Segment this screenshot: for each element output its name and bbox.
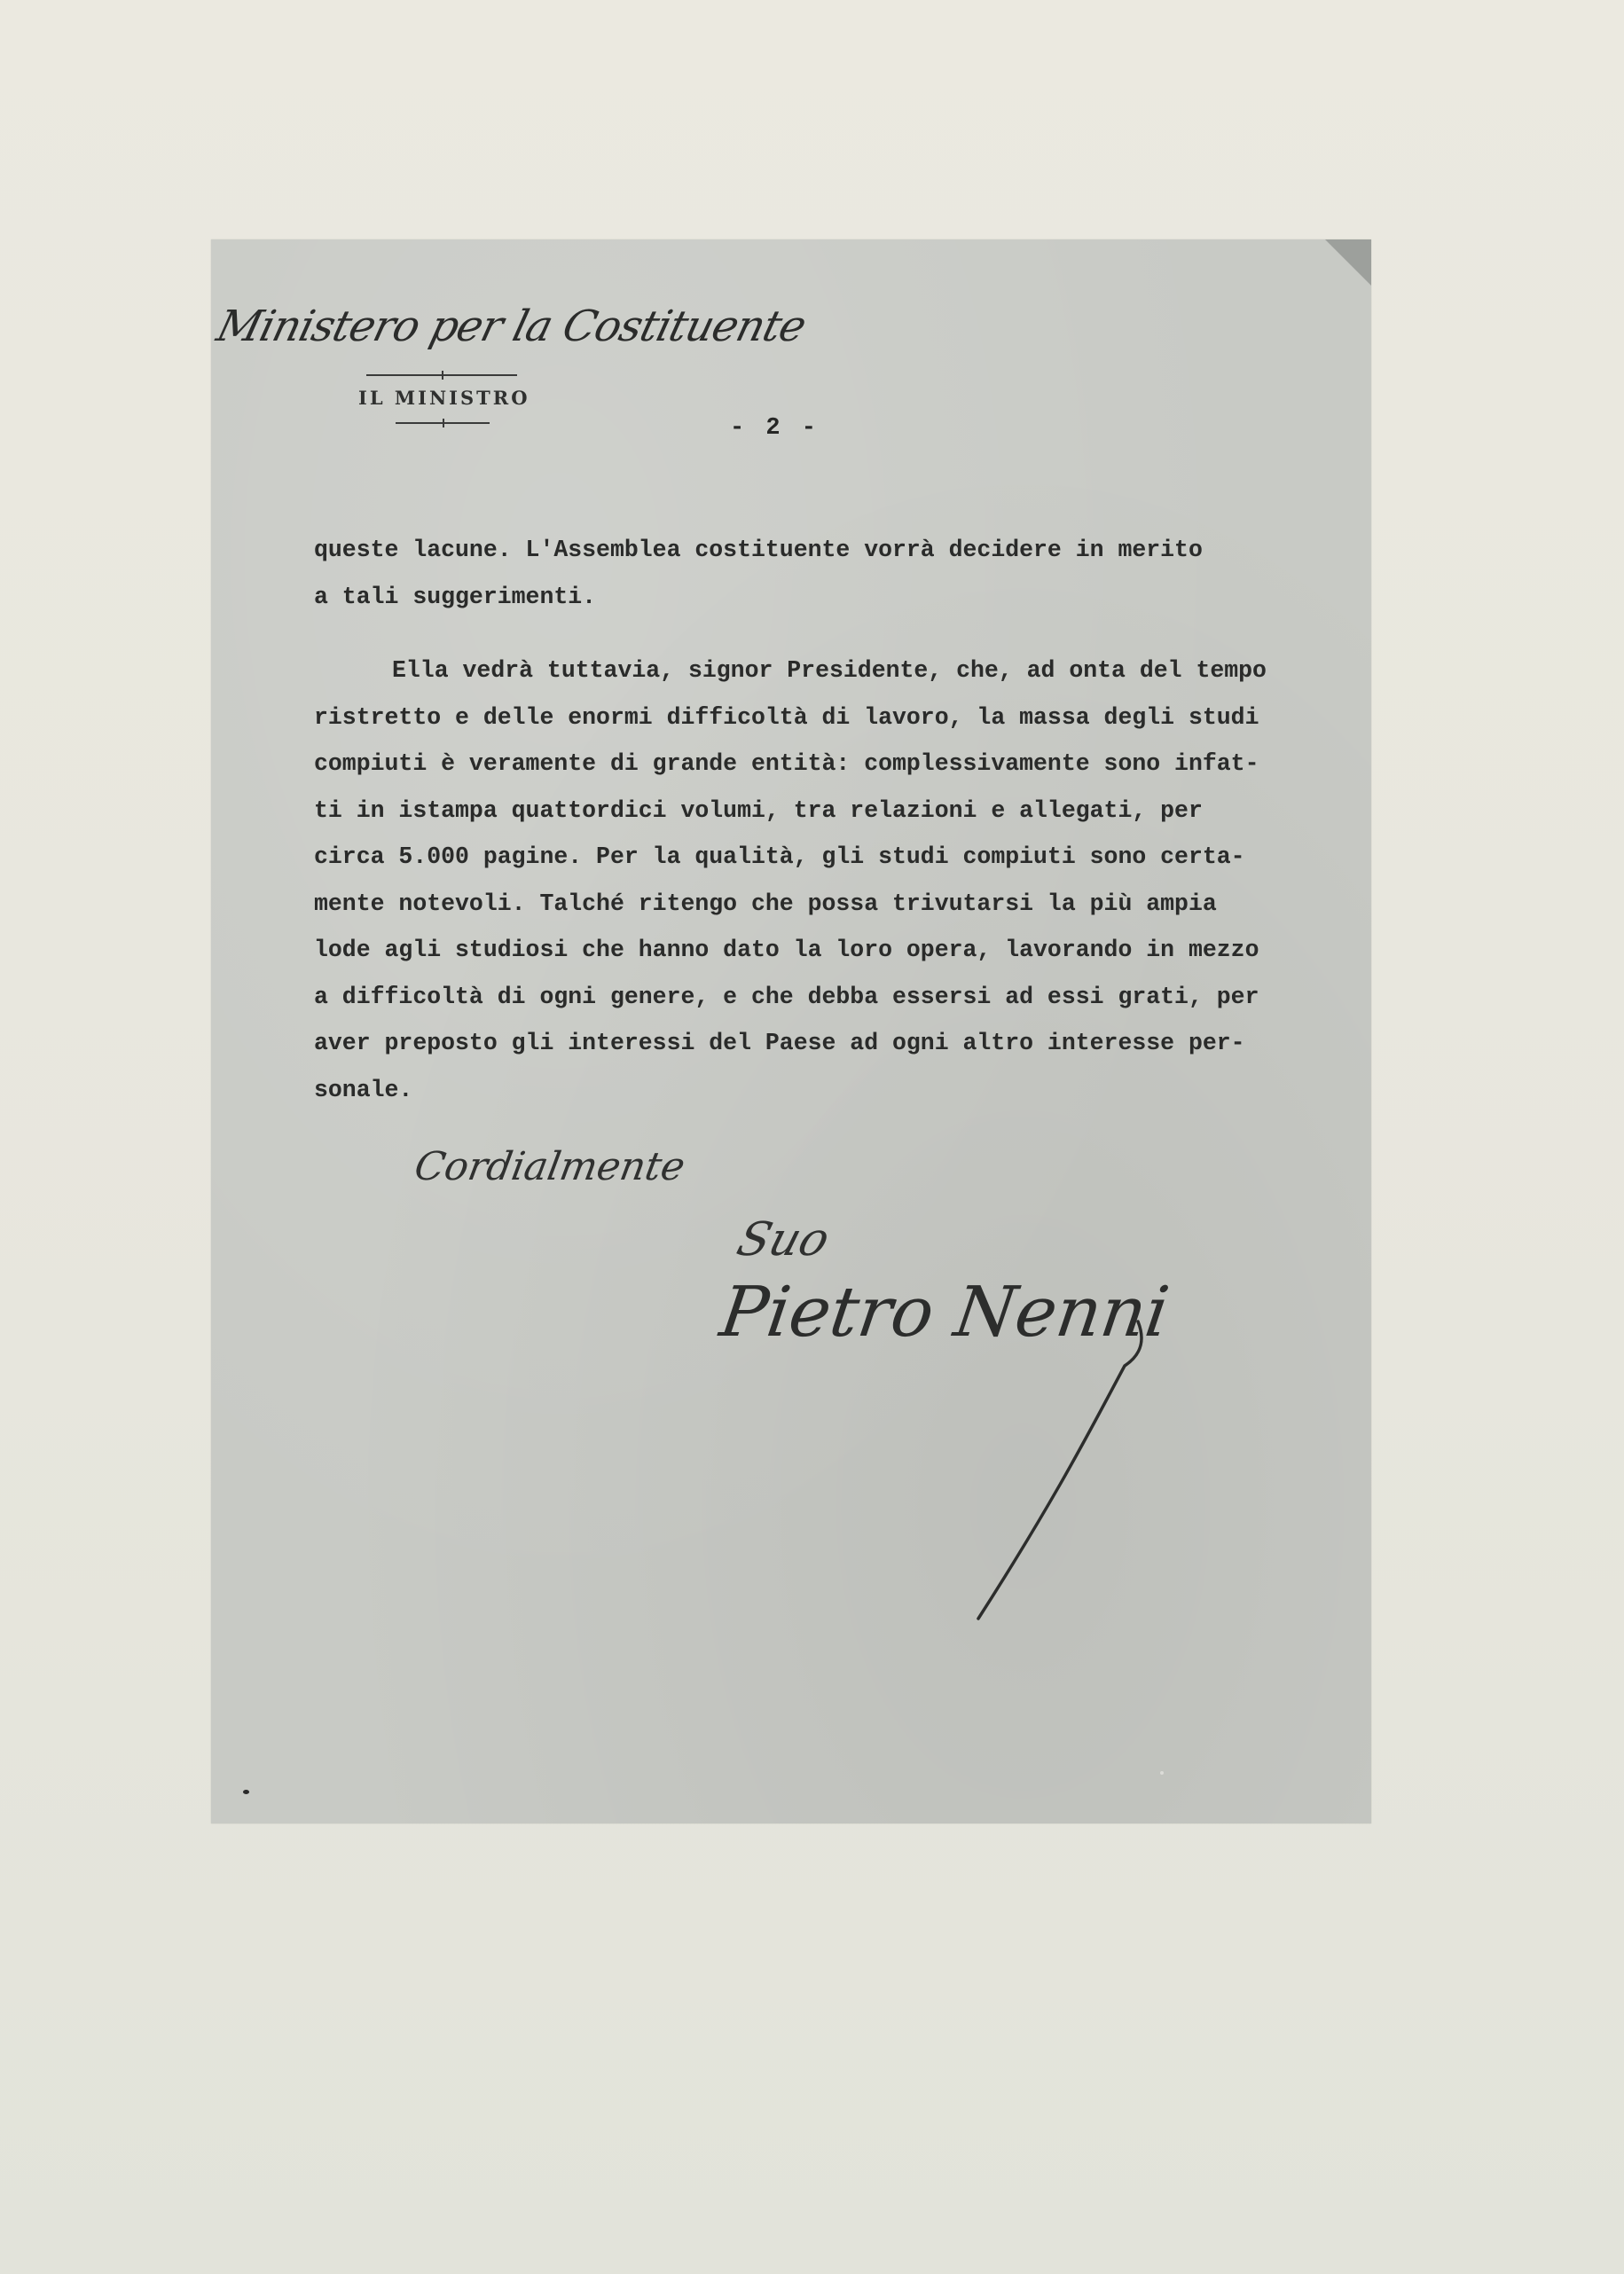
text-line: Ella vedrà tuttavia, signor Presidente, …	[314, 647, 1316, 694]
closing-suo: Suo	[731, 1213, 836, 1266]
paragraph-2: Ella vedrà tuttavia, signor Presidente, …	[314, 647, 1316, 1113]
text-line: mente notevoli. Talché ritengo che possa…	[314, 881, 1316, 928]
page-number: - 2 -	[730, 415, 820, 442]
letterhead-rule-bottom	[396, 422, 490, 424]
handwritten-signature: Pietro Nenni	[721, 1273, 1182, 1645]
text-line: lode agli studiosi che hanno dato la lor…	[314, 927, 1316, 974]
paragraph-1: queste lacune. L'Assemblea costituente v…	[314, 527, 1316, 620]
speck	[243, 1790, 249, 1794]
text-line: a tali suggerimenti.	[314, 574, 1316, 621]
text-line: circa 5.000 pagine. Per la qualità, gli …	[314, 834, 1316, 881]
closing-salutation: Cordialmente	[412, 1144, 689, 1189]
folded-corner	[1325, 239, 1371, 286]
letter-body: queste lacune. L'Assemblea costituente v…	[314, 527, 1316, 1113]
ministry-name: Ministero per la Costituente	[212, 302, 811, 351]
text-line: ti in istampa quattordici volumi, tra re…	[314, 788, 1316, 835]
letterhead-rule-top	[366, 374, 517, 376]
speck	[1160, 1771, 1164, 1775]
letter-photograph: Ministero per la Costituente IL MINISTRO…	[211, 239, 1371, 1823]
minister-title: IL MINISTRO	[358, 387, 530, 409]
text-line: sonale.	[314, 1067, 1316, 1114]
text-line: a difficoltà di ogni genere, e che debba…	[314, 974, 1316, 1021]
signature-flourish-icon	[721, 1273, 1182, 1645]
text-line: compiuti è veramente di grande entità: c…	[314, 741, 1316, 788]
text-line: aver preposto gli interessi del Paese ad…	[314, 1020, 1316, 1067]
text-line: ristretto e delle enormi difficoltà di l…	[314, 694, 1316, 741]
text-line: queste lacune. L'Assemblea costituente v…	[314, 527, 1316, 574]
